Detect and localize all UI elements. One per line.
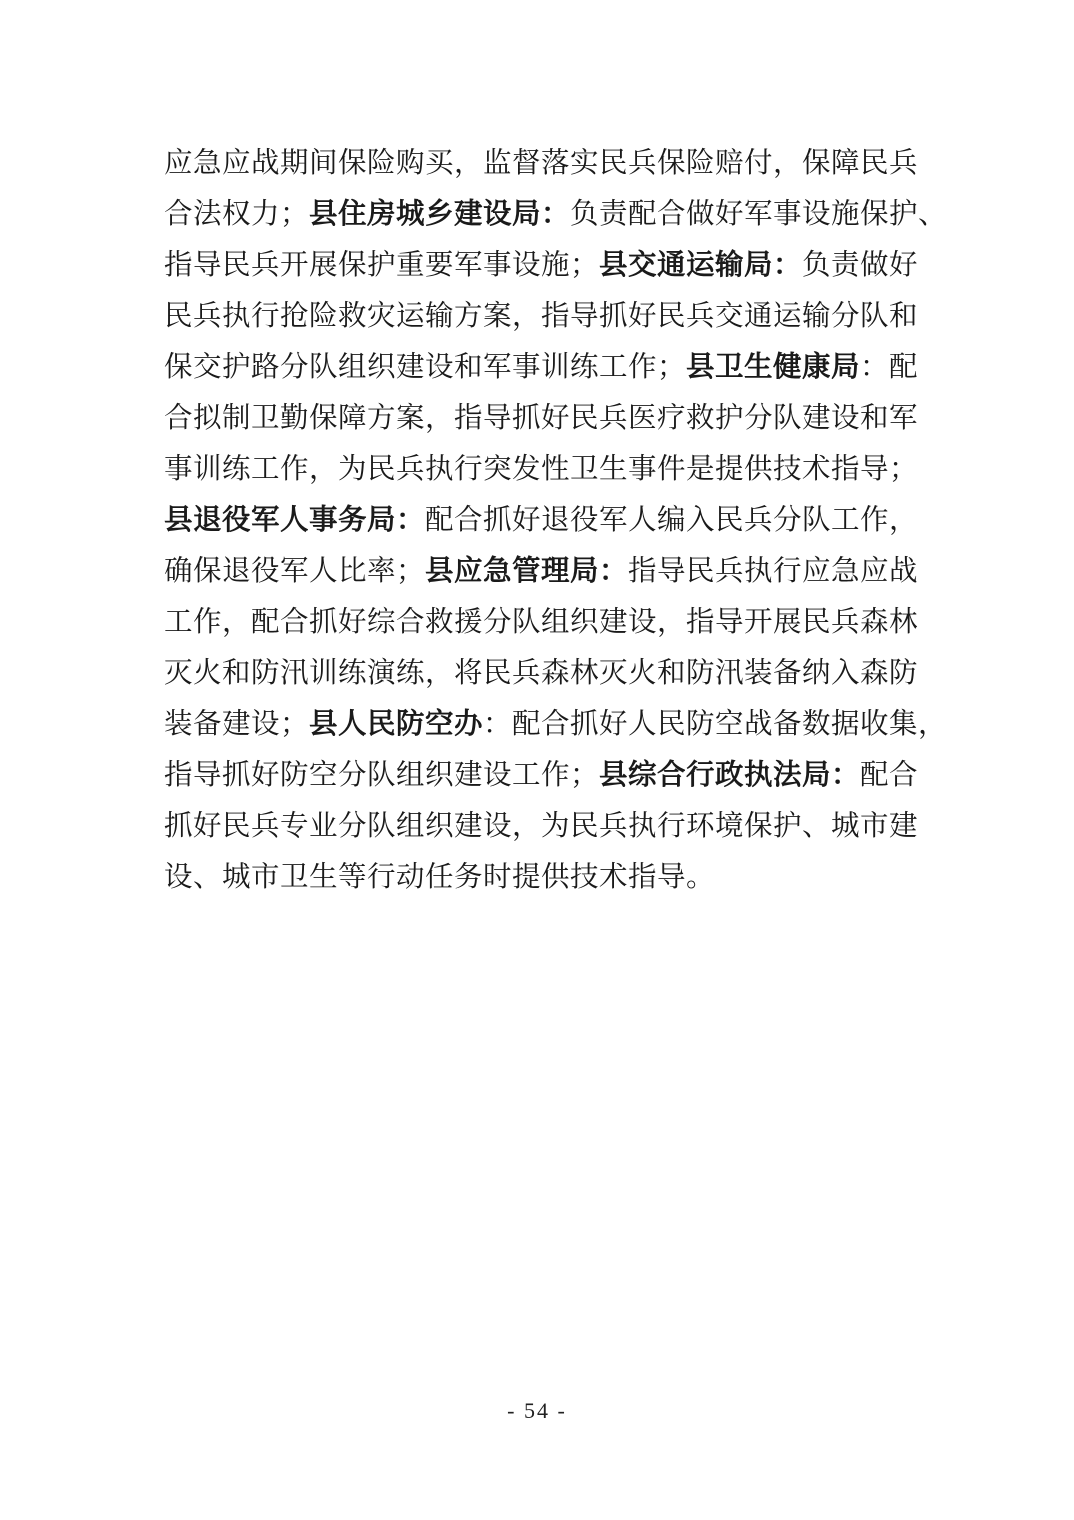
text-segment: 负责配合做好军事设施保护、: [570, 197, 947, 230]
body-paragraph: 应急应战期间保险购买，监督落实民兵保险赔付，保障民兵合法权力；县住房城乡建设局：…: [164, 137, 914, 902]
text-segment: 配合抓好退役军人编入民兵分队工作，: [425, 503, 918, 536]
text-segment: 确保退役军人比率；: [164, 554, 425, 587]
text-line: 装备建设；县人民防空办：配合抓好人民防空战备数据收集，: [164, 698, 914, 749]
text-segment: 负责做好: [802, 248, 918, 281]
text-segment: 指导民兵执行应急应战: [628, 554, 918, 587]
text-segment: 应急应战期间保险购买，监督落实民兵保险赔付，保障民兵: [164, 146, 918, 179]
text-segment: 工作，配合抓好综合救援分队组织建设，指导开展民兵森林: [164, 605, 918, 638]
text-line: 确保退役军人比率；县应急管理局：指导民兵执行应急应战: [164, 545, 914, 596]
department-name: 县人民防空办: [309, 706, 483, 740]
text-segment: ：配合抓好人民防空战备数据收集，: [483, 707, 947, 740]
department-name: 县住房城乡建设局：: [309, 196, 570, 230]
text-line: 指导抓好防空分队组织建设工作；县综合行政执法局：配合: [164, 749, 914, 800]
text-segment: 装备建设；: [164, 707, 309, 740]
department-name: 县退役军人事务局：: [164, 502, 425, 536]
text-segment: 配合: [860, 758, 918, 791]
text-line: 灭火和防汛训练演练，将民兵森林灭火和防汛装备纳入森防: [164, 647, 914, 698]
text-line: 事训练工作，为民兵执行突发性卫生事件是提供技术指导；: [164, 443, 914, 494]
text-segment: 民兵执行抢险救灾运输方案，指导抓好民兵交通运输分队和: [164, 299, 918, 332]
text-segment: 事训练工作，为民兵执行突发性卫生事件是提供技术指导；: [164, 452, 918, 485]
text-line: 合法权力；县住房城乡建设局：负责配合做好军事设施保护、: [164, 188, 914, 239]
text-segment: 合法权力；: [164, 197, 309, 230]
text-line: 设、城市卫生等行动任务时提供技术指导。: [164, 851, 914, 902]
document-page: 应急应战期间保险购买，监督落实民兵保险赔付，保障民兵合法权力；县住房城乡建设局：…: [0, 0, 1074, 1520]
text-line: 应急应战期间保险购买，监督落实民兵保险赔付，保障民兵: [164, 137, 914, 188]
department-name: 县卫生健康局: [686, 349, 860, 383]
text-line: 工作，配合抓好综合救援分队组织建设，指导开展民兵森林: [164, 596, 914, 647]
text-line: 民兵执行抢险救灾运输方案，指导抓好民兵交通运输分队和: [164, 290, 914, 341]
text-line: 抓好民兵专业分队组织建设，为民兵执行环境保护、城市建: [164, 800, 914, 851]
text-segment: 灭火和防汛训练演练，将民兵森林灭火和防汛装备纳入森防: [164, 656, 918, 689]
department-name: 县综合行政执法局：: [599, 757, 860, 791]
text-segment: 合拟制卫勤保障方案，指导抓好民兵医疗救护分队建设和军: [164, 401, 918, 434]
text-segment: 指导抓好防空分队组织建设工作；: [164, 758, 599, 791]
text-segment: 抓好民兵专业分队组织建设，为民兵执行环境保护、城市建: [164, 809, 918, 842]
text-line: 合拟制卫勤保障方案，指导抓好民兵医疗救护分队建设和军: [164, 392, 914, 443]
text-segment: ：配: [860, 350, 918, 383]
text-line: 县退役军人事务局：配合抓好退役军人编入民兵分队工作，: [164, 494, 914, 545]
text-segment: 保交护路分队组织建设和军事训练工作；: [164, 350, 686, 383]
page-number: - 54 -: [0, 1398, 1074, 1424]
department-name: 县交通运输局：: [599, 247, 802, 281]
text-segment: 指导民兵开展保护重要军事设施；: [164, 248, 599, 281]
text-line: 指导民兵开展保护重要军事设施；县交通运输局：负责做好: [164, 239, 914, 290]
department-name: 县应急管理局：: [425, 553, 628, 587]
text-line: 保交护路分队组织建设和军事训练工作；县卫生健康局：配: [164, 341, 914, 392]
text-segment: 设、城市卫生等行动任务时提供技术指导。: [164, 860, 715, 893]
